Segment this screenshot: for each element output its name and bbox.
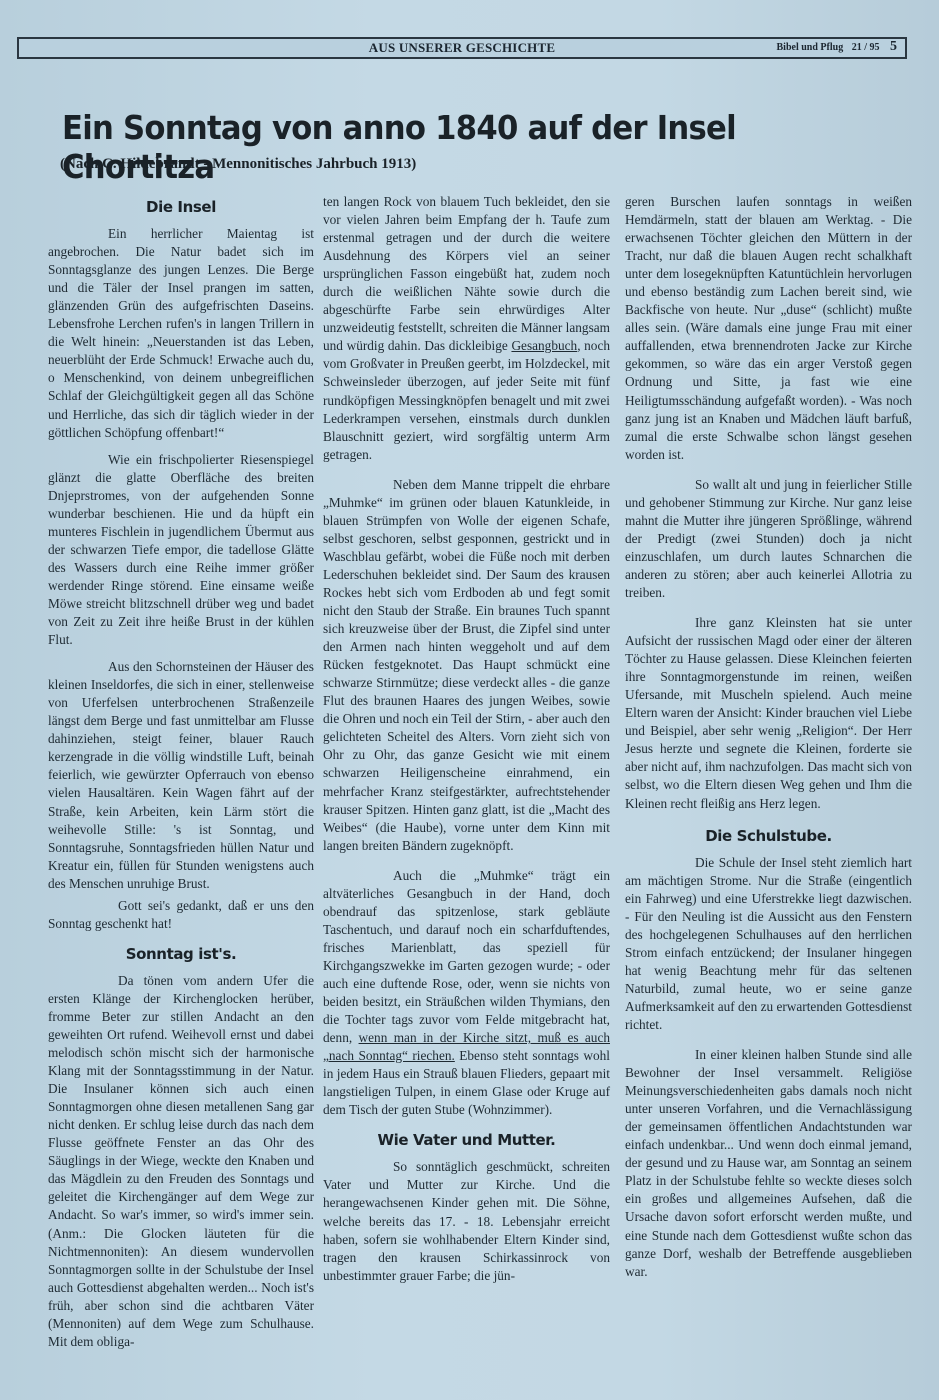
page-header-bar: AUS UNSERER GESCHICHTE Bibel und Pflug 2… xyxy=(17,37,907,59)
text-run: Auch die „Muhmke“ trägt ein altväterlich… xyxy=(323,868,610,1045)
text-run: ten langen Rock von blauem Tuch bekleide… xyxy=(323,194,610,353)
article-subtitle: (Nach C. Hildebrandt - Mennonitisches Ja… xyxy=(60,156,416,173)
section-heading-die-schulstube: Die Schulstube. xyxy=(625,827,912,845)
paragraph: Ein herrlicher Maientag ist angebrochen.… xyxy=(48,225,314,442)
paragraph: Ihre ganz Kleinsten hat sie unter Aufsic… xyxy=(625,614,912,813)
page-number: 5 xyxy=(890,39,897,54)
underlined-text: Gesangbuch xyxy=(511,338,577,353)
paragraph: ten langen Rock von blauem Tuch bekleide… xyxy=(323,193,610,464)
paragraph: Neben dem Manne trippelt die ehrbare „Mu… xyxy=(323,476,610,855)
column-1: Die Insel Ein herrlicher Maientag ist an… xyxy=(48,198,314,1351)
issue-number: 21 / 95 xyxy=(852,42,880,53)
paragraph: So sonntäglich geschmückt, schreiten Vat… xyxy=(323,1158,610,1284)
publication-name: Bibel und Pflug xyxy=(777,42,844,53)
paragraph: Gott sei's gedankt, daß er uns den Sonnt… xyxy=(48,897,314,933)
section-heading-die-insel: Die Insel xyxy=(48,198,314,216)
newspaper-page: AUS UNSERER GESCHICHTE Bibel und Pflug 2… xyxy=(0,0,939,1400)
section-heading-wie-vater-und-mutter: Wie Vater und Mutter. xyxy=(323,1131,610,1149)
paragraph: Aus den Schornsteinen der Häuser des kle… xyxy=(48,658,314,893)
section-title: AUS UNSERER GESCHICHTE xyxy=(19,40,905,56)
article-title: Ein Sonntag von anno 1840 auf der Insel … xyxy=(62,108,825,186)
paragraph: Wie ein frischpolierter Riesenspiegel gl… xyxy=(48,451,314,650)
paragraph: Auch die „Muhmke“ trägt ein altväterlich… xyxy=(323,867,610,1120)
paragraph: In einer kleinen halben Stunde sind alle… xyxy=(625,1046,912,1281)
text-run: , noch vom Großvater in Preußen geerbt, … xyxy=(323,338,610,461)
publication-info: Bibel und Pflug 21 / 95 5 xyxy=(777,39,897,55)
column-2: ten langen Rock von blauem Tuch bekleide… xyxy=(323,193,610,1285)
paragraph: geren Burschen laufen sonntags in weißen… xyxy=(625,193,912,464)
paragraph: Die Schule der Insel steht ziemlich hart… xyxy=(625,854,912,1034)
paragraph: So wallt alt und jung in feierlicher Sti… xyxy=(625,476,912,602)
column-3: geren Burschen laufen sonntags in weißen… xyxy=(625,193,912,1281)
section-heading-sonntag-ists: Sonntag ist's. xyxy=(48,945,314,963)
paragraph: Da tönen vom andern Ufer die ersten Klän… xyxy=(48,972,314,1351)
